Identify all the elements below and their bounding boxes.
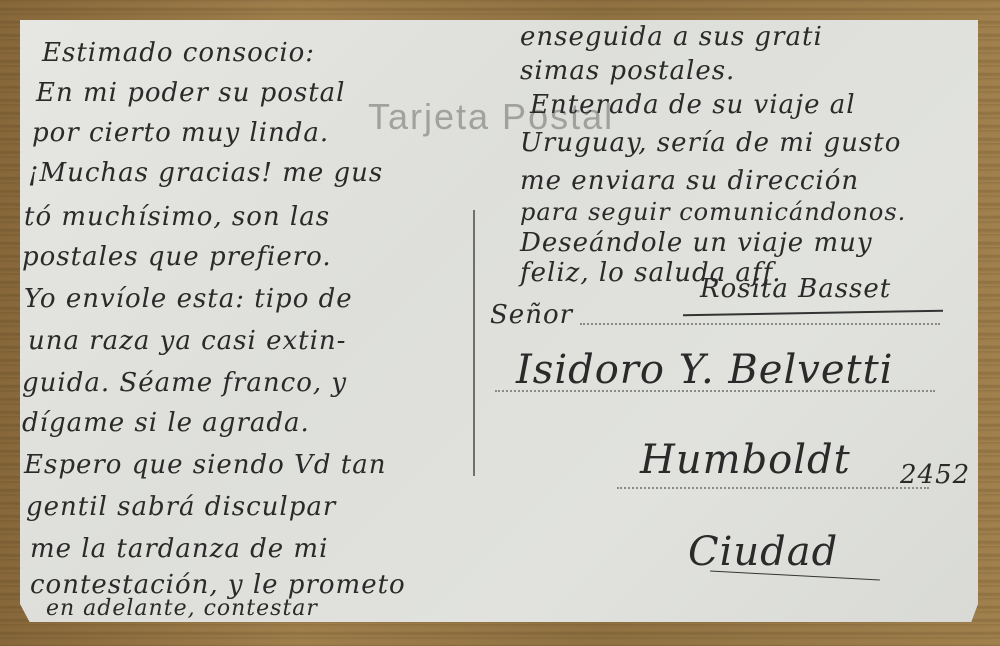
- message-line: enseguida a sus grati: [520, 24, 823, 50]
- message-line: Espero que siendo Vd tan: [24, 452, 386, 478]
- message-line: por cierto muy linda.: [32, 120, 329, 146]
- message-line: para seguir comunicándonos.: [520, 200, 906, 224]
- message-line: en adelante, contestar: [46, 598, 318, 620]
- message-line: me enviara su dirección: [520, 168, 859, 194]
- signature-underline: [683, 310, 943, 317]
- message-line: dígame si le agrada.: [22, 410, 310, 436]
- postcard-back: Tarjeta Postal Estimado consocio: En mi …: [20, 20, 978, 622]
- message-line: En mi poder su postal: [36, 80, 346, 106]
- message-line: simas postales.: [520, 58, 735, 84]
- message-line: contestación, y le prometo: [30, 572, 406, 598]
- message-line: me la tardanza de mi: [30, 536, 328, 562]
- message-line: Deseándole un viaje muy: [520, 230, 873, 256]
- message-line: Enterada de su viaje al: [530, 92, 856, 118]
- message-line: Yo envíole esta: tipo de: [24, 286, 353, 312]
- message-line: gentil sabrá disculpar: [26, 494, 336, 520]
- message-line: ¡Muchas gracias! me gus: [28, 160, 383, 186]
- message-line: una raza ya casi extin-: [28, 328, 346, 354]
- center-divider: [473, 210, 475, 476]
- signature: Rosita Basset: [700, 276, 891, 302]
- address-line-1: [580, 323, 940, 325]
- address-salutation: Señor: [490, 302, 573, 328]
- message-line: Uruguay, sería de mi gusto: [520, 130, 901, 156]
- address-name: Isidoro Y. Belvetti: [516, 350, 893, 390]
- message-line: guida. Séame franco, y: [22, 370, 347, 396]
- message-line: Estimado consocio:: [42, 40, 315, 66]
- address-street: Humboldt: [640, 440, 851, 480]
- address-line-2: [495, 390, 935, 392]
- address-number: 2452: [900, 462, 970, 488]
- message-line: postales que prefiero.: [22, 244, 332, 270]
- address-city: Ciudad: [688, 532, 838, 572]
- address-line-3: [617, 487, 929, 489]
- message-line: tó muchísimo, son las: [24, 204, 330, 230]
